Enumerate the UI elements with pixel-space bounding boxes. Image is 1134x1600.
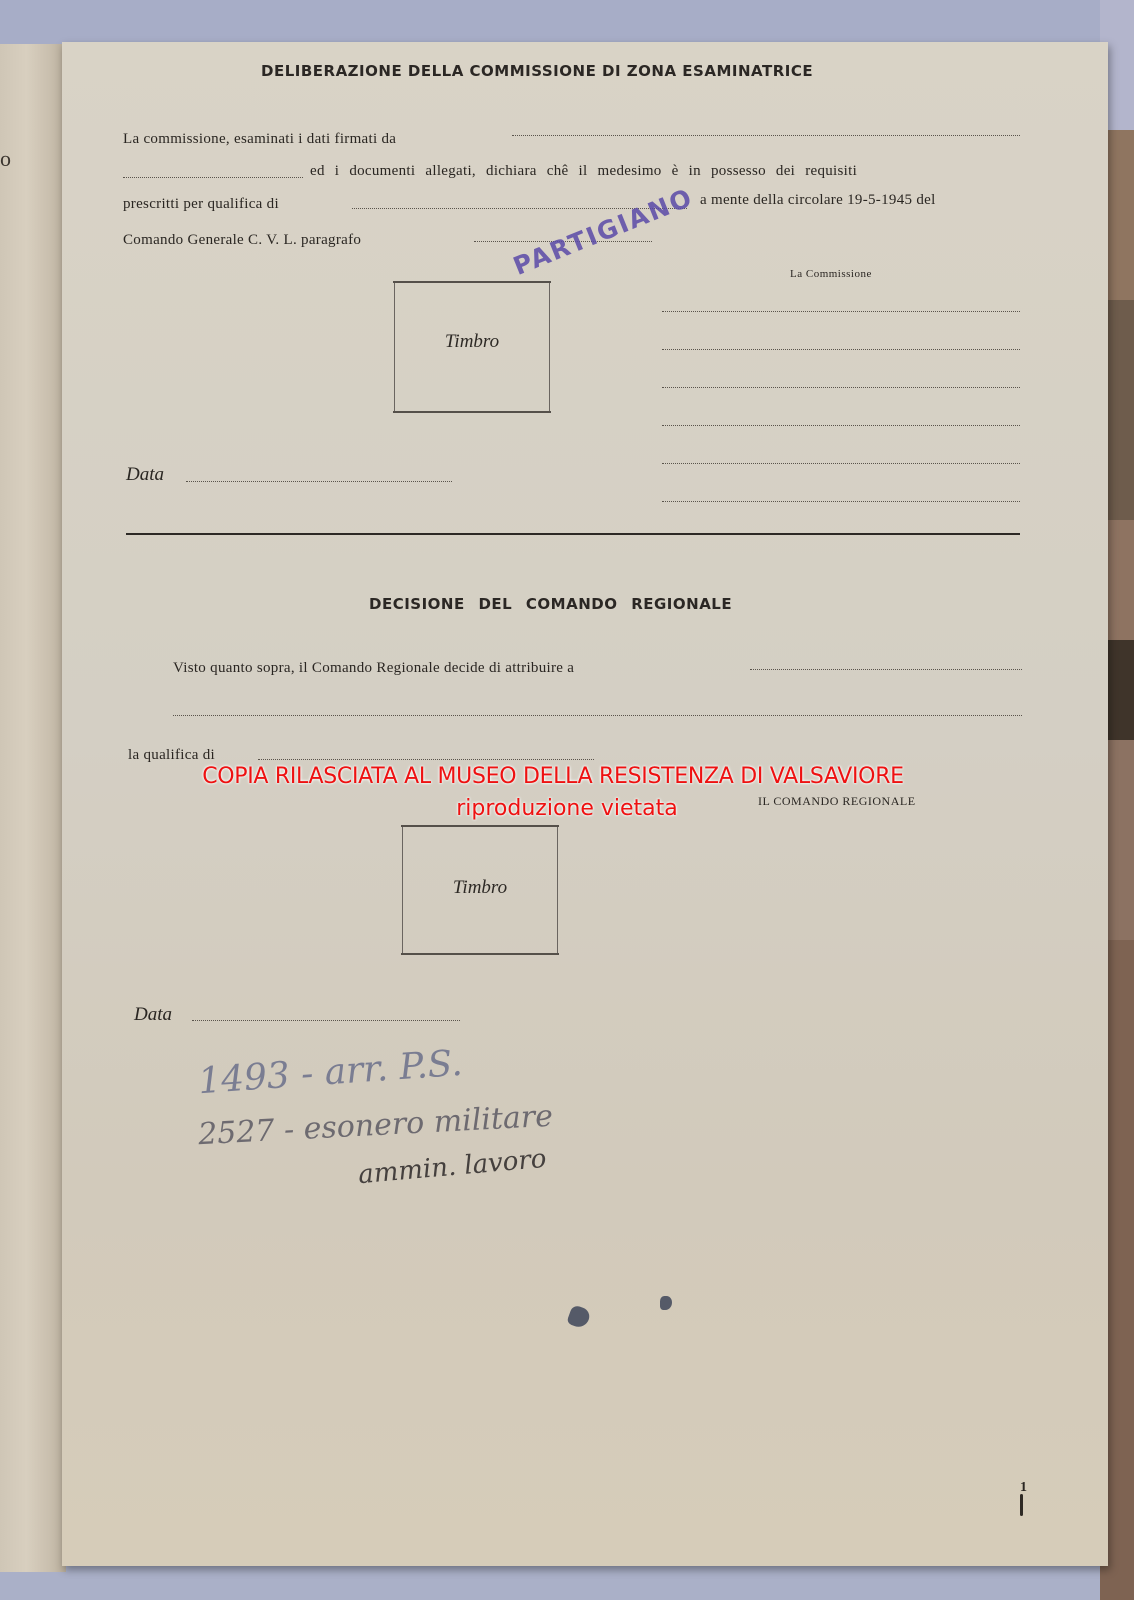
section2-date-label: Data	[134, 1004, 172, 1026]
section2-line1: Visto quanto sopra, il Comando Regionale…	[173, 660, 574, 677]
section2-qualifica-field[interactable]	[258, 759, 594, 760]
watermark-line2: riproduzione vietata	[0, 796, 1134, 821]
section1-line3-suffix: a mente della circolare 19-5-1945 del	[700, 192, 936, 209]
handwritten-note-1: 1493 - arr. P.S.	[197, 1043, 464, 1102]
section1-line1: La commissione, esaminati i dati firmati…	[123, 131, 396, 148]
section1-title: DELIBERAZIONE DELLA COMMISSIONE DI ZONA …	[261, 62, 813, 80]
section2-title: DECISIONE DEL COMANDO REGIONALE	[369, 595, 732, 613]
section2-line3: la qualifica di	[128, 747, 215, 764]
stamp-box-2-label: Timbro	[403, 877, 557, 899]
commission-signature-1[interactable]	[662, 311, 1020, 312]
background-fabric	[0, 0, 1134, 48]
attribuire-field-cont[interactable]	[173, 715, 1022, 716]
section1-line4: Comando Generale C. V. L. paragrafo	[123, 232, 361, 249]
handwritten-note-3: ammin. lavoro	[357, 1144, 548, 1190]
handwritten-note-2: 2527 - esonero militare	[197, 1099, 553, 1153]
partigiano-ink-stamp: PARTIGIANO	[509, 182, 697, 281]
section1-date-label: Data	[126, 464, 164, 486]
commission-signature-4[interactable]	[662, 425, 1020, 426]
ink-blot	[566, 1304, 592, 1330]
section-divider	[126, 533, 1020, 535]
commission-signature-2[interactable]	[662, 349, 1020, 350]
stamp-box-1: Timbro	[394, 282, 550, 412]
commission-signature-6[interactable]	[662, 501, 1020, 502]
section1-date-field[interactable]	[186, 481, 452, 482]
commission-label: La Commissione	[790, 268, 872, 280]
signed-by-field[interactable]	[512, 135, 1020, 136]
section1-line2: ed i documenti allegati, dichiara chê il…	[310, 163, 857, 180]
page-number: 1	[1020, 1480, 1027, 1496]
attribuire-field[interactable]	[750, 669, 1022, 670]
section2-date-field[interactable]	[192, 1020, 460, 1021]
section1-line3-prefix: prescritti per qualifica di	[123, 196, 279, 213]
watermark-line1: COPIA RILASCIATA AL MUSEO DELLA RESISTEN…	[0, 764, 1120, 789]
page-tear-mark	[1020, 1494, 1023, 1516]
stamp-box-1-label: Timbro	[395, 331, 549, 353]
commission-signature-5[interactable]	[662, 463, 1020, 464]
left-page-fragment: o	[0, 146, 11, 172]
commission-signature-3[interactable]	[662, 387, 1020, 388]
stamp-box-2: Timbro	[402, 826, 558, 954]
ink-blot	[660, 1296, 672, 1310]
signed-by-field-cont[interactable]	[123, 177, 303, 178]
